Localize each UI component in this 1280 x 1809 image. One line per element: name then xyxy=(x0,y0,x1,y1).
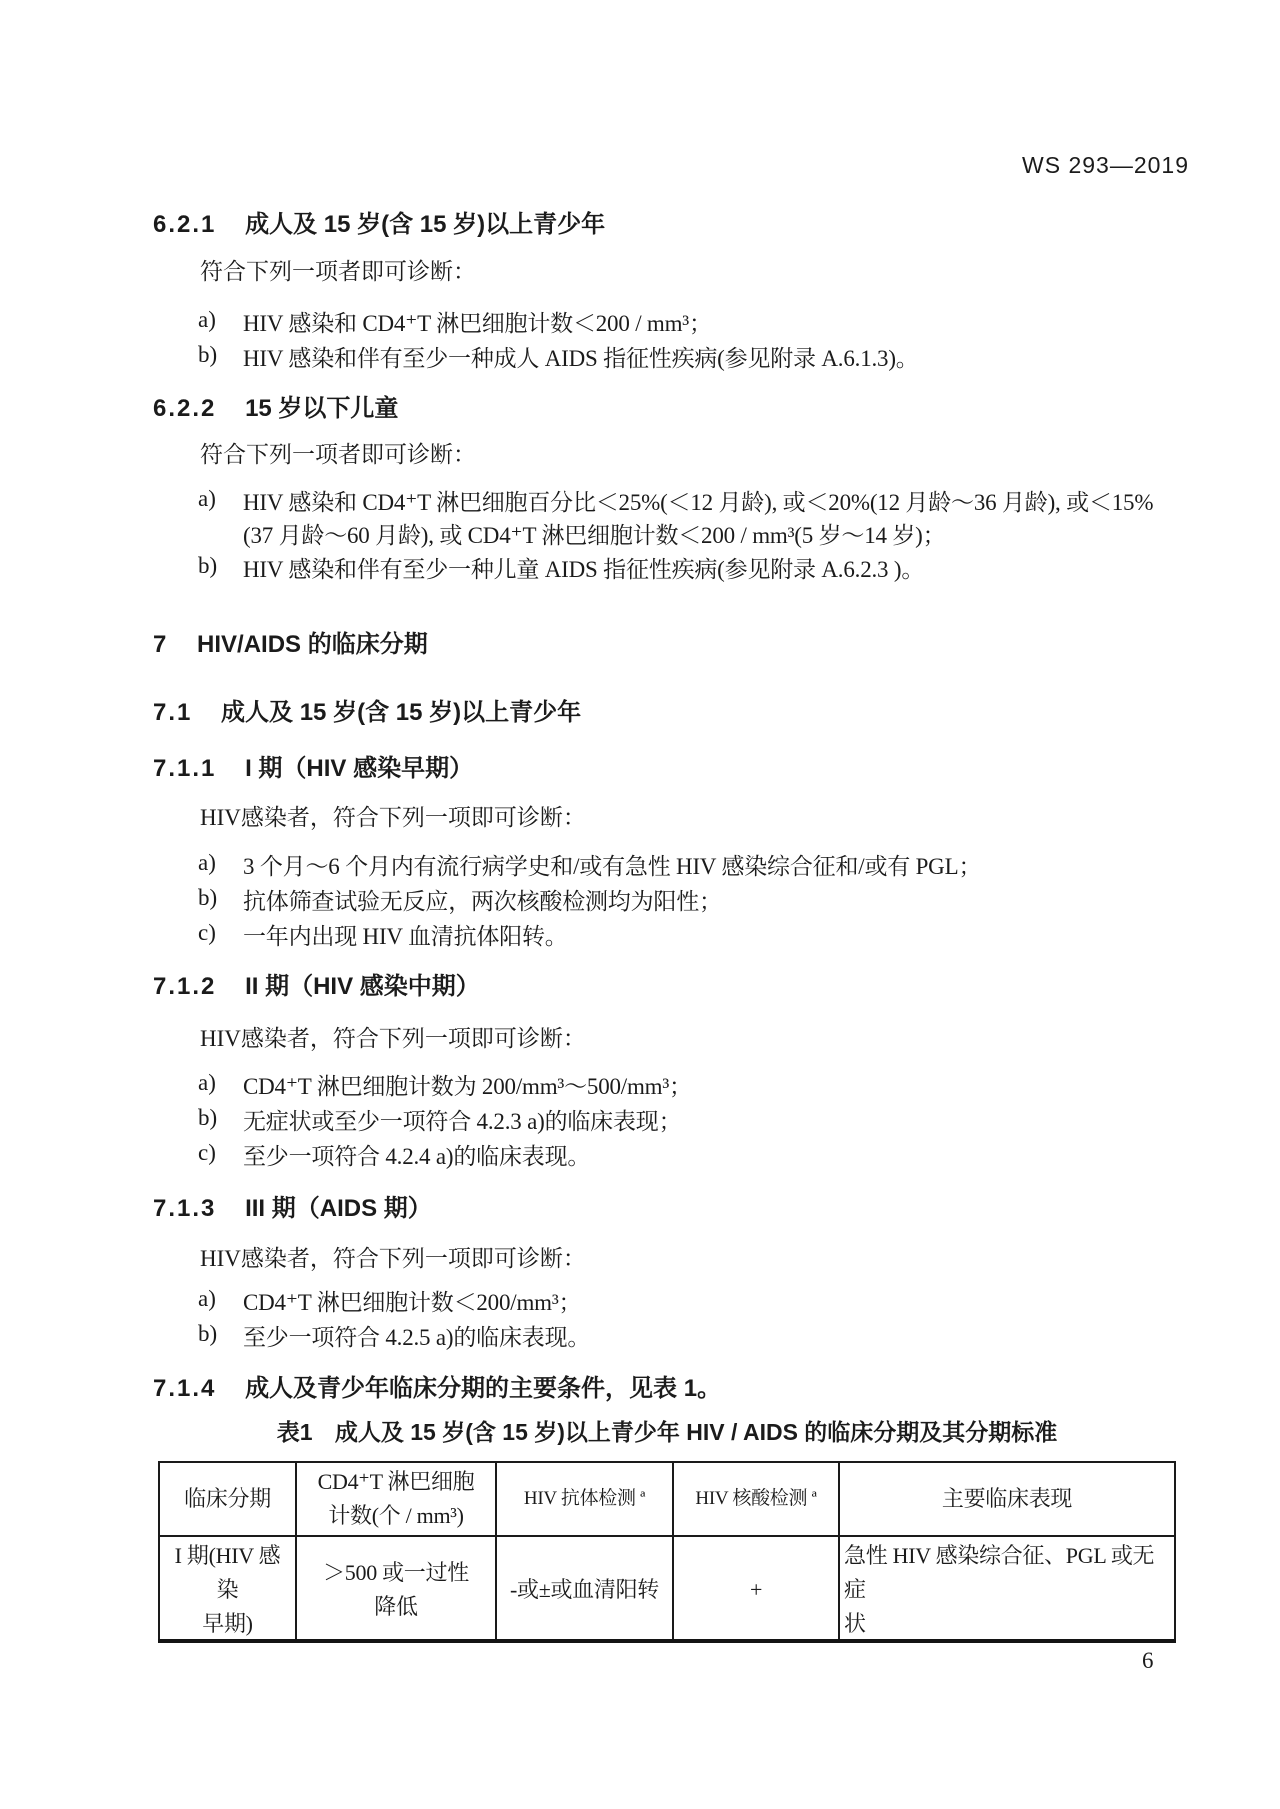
heading-7-1-2: 7.1.2 II 期（HIV 感染中期） xyxy=(153,966,480,1001)
paragraph-intro: 符合下列一项者即可诊断： xyxy=(200,436,476,469)
list-item: b) 至少一项符合 4.2.5 a)的临床表现。 xyxy=(198,1321,1183,1354)
section-number: 7.1.2 xyxy=(153,973,216,1000)
section-title: 成人及青少年临床分期的主要条件，见表 1。 xyxy=(245,1375,721,1402)
list-item-label: a) xyxy=(198,1070,243,1103)
section-number: 7.1.3 xyxy=(153,1195,216,1222)
list-item-label: b) xyxy=(198,1321,243,1354)
list-item: a) CD4⁺T 淋巴细胞计数为 200/mm³～500/mm³； xyxy=(198,1070,1183,1103)
section-number: 7.1.1 xyxy=(153,755,216,782)
page-number: 6 xyxy=(1142,1648,1154,1674)
list-item-label: a) xyxy=(198,850,243,883)
list-item-text: 无症状或至少一项符合 4.2.3 a)的临床表现； xyxy=(243,1105,1183,1138)
section-number: 7.1 xyxy=(153,699,192,726)
section-number: 6.2.2 xyxy=(153,395,216,422)
paragraph-intro: HIV感染者，符合下列一项即可诊断： xyxy=(200,1240,586,1273)
list-item-text: 至少一项符合 4.2.5 a)的临床表现。 xyxy=(243,1321,1183,1354)
cell-nucleic: + xyxy=(673,1536,839,1643)
cell-manifestation: 急性 HIV 感染综合征、PGL 或无症 状 xyxy=(839,1536,1175,1643)
col-header-hiv-nucleic-acid: HIV 核酸检测 ª xyxy=(673,1462,839,1536)
table-caption: 表1 成人及 15 岁(含 15 岁)以上青少年 HIV / AIDS 的临床分… xyxy=(158,1414,1176,1447)
section-title: 成人及 15 岁(含 15 岁)以上青少年 xyxy=(245,211,605,238)
list-item-text: 至少一项符合 4.2.4 a)的临床表现。 xyxy=(243,1140,1183,1173)
list-item: c) 一年内出现 HIV 血清抗体阳转。 xyxy=(198,920,1183,953)
cell-cd4: ＞500 或一过性 降低 xyxy=(296,1536,496,1643)
list-item-text: 3 个月～6 个月内有流行病学史和/或有急性 HIV 感染综合征和/或有 PGL… xyxy=(243,850,1183,883)
list-item-label: a) xyxy=(198,307,243,340)
list-item-text: 抗体筛查试验无反应，两次核酸检测均为阳性； xyxy=(243,885,1183,918)
col-header-clinical-stage: 临床分期 xyxy=(159,1462,296,1536)
list-item: b) 抗体筛查试验无反应，两次核酸检测均为阳性； xyxy=(198,885,1183,918)
table-header-row: 临床分期 CD4⁺T 淋巴细胞 计数(个 / mm³) HIV 抗体检测 ª H… xyxy=(159,1462,1175,1536)
heading-7-1-1: 7.1.1 I 期（HIV 感染早期） xyxy=(153,748,473,783)
section-title: HIV/AIDS 的临床分期 xyxy=(197,631,428,658)
list-item: b) 无症状或至少一项符合 4.2.3 a)的临床表现； xyxy=(198,1105,1183,1138)
section-number: 7.1.4 xyxy=(153,1375,216,1402)
list-item-label: a) xyxy=(198,486,243,552)
section-number: 7 xyxy=(153,631,168,658)
heading-7-1-3: 7.1.3 III 期（AIDS 期） xyxy=(153,1188,432,1223)
list-item-text: HIV 感染和伴有至少一种儿童 AIDS 指征性疾病(参见附录 A.6.2.3 … xyxy=(243,553,1183,586)
list-item-label: b) xyxy=(198,1105,243,1138)
section-title: III 期（AIDS 期） xyxy=(245,1195,432,1222)
document-page: WS 293—2019 6.2.1 成人及 15 岁(含 15 岁)以上青少年 … xyxy=(0,0,1280,1809)
col-header-main-manifestation: 主要临床表现 xyxy=(839,1462,1175,1536)
standard-code: WS 293—2019 xyxy=(1022,152,1189,179)
list-item-label: b) xyxy=(198,342,243,375)
list-item: a) HIV 感染和 CD4⁺T 淋巴细胞计数＜200 / mm³； xyxy=(198,307,1183,340)
section-number: 6.2.1 xyxy=(153,211,216,238)
list-item-label: c) xyxy=(198,920,243,953)
col-header-hiv-antibody: HIV 抗体检测 ª xyxy=(496,1462,673,1536)
cell-stage: I 期(HIV 感染 早期) xyxy=(159,1536,296,1643)
paragraph-intro: HIV感染者，符合下列一项即可诊断： xyxy=(200,1020,586,1053)
list-item: c) 至少一项符合 4.2.4 a)的临床表现。 xyxy=(198,1140,1183,1173)
list-item-label: b) xyxy=(198,885,243,918)
list-item-label: a) xyxy=(198,1286,243,1319)
section-title: I 期（HIV 感染早期） xyxy=(245,755,473,782)
list-item: b) HIV 感染和伴有至少一种儿童 AIDS 指征性疾病(参见附录 A.6.2… xyxy=(198,553,1183,586)
list-item: a) HIV 感染和 CD4⁺T 淋巴细胞百分比＜25%(＜12 月龄), 或＜… xyxy=(198,486,1183,552)
heading-7-1: 7.1 成人及 15 岁(含 15 岁)以上青少年 xyxy=(153,692,581,727)
list-item-label: b) xyxy=(198,553,243,586)
list-item: a) CD4⁺T 淋巴细胞计数＜200/mm³； xyxy=(198,1286,1183,1319)
cell-antibody: -或±或血清阳转 xyxy=(496,1536,673,1643)
list-item-label: c) xyxy=(198,1140,243,1173)
list-item-text: 一年内出现 HIV 血清抗体阳转。 xyxy=(243,920,1183,953)
list-item-text: CD4⁺T 淋巴细胞计数为 200/mm³～500/mm³； xyxy=(243,1070,1183,1103)
table-caption-text: 成人及 15 岁(含 15 岁)以上青少年 HIV / AIDS 的临床分期及其… xyxy=(335,1419,1057,1445)
paragraph-intro: 符合下列一项者即可诊断： xyxy=(200,253,476,286)
table-caption-label: 表1 xyxy=(277,1419,313,1445)
table-row: I 期(HIV 感染 早期) ＞500 或一过性 降低 -或±或血清阳转 + 急… xyxy=(159,1536,1175,1643)
section-title: 成人及 15 岁(含 15 岁)以上青少年 xyxy=(221,699,581,726)
section-title: 15 岁以下儿童 xyxy=(245,395,398,422)
clinical-staging-table: 临床分期 CD4⁺T 淋巴细胞 计数(个 / mm³) HIV 抗体检测 ª H… xyxy=(158,1461,1176,1643)
heading-6-2-2: 6.2.2 15 岁以下儿童 xyxy=(153,388,398,423)
list-item-text: HIV 感染和伴有至少一种成人 AIDS 指征性疾病(参见附录 A.6.1.3)… xyxy=(243,342,1183,375)
list-item: b) HIV 感染和伴有至少一种成人 AIDS 指征性疾病(参见附录 A.6.1… xyxy=(198,342,1183,375)
col-header-cd4-count: CD4⁺T 淋巴细胞 计数(个 / mm³) xyxy=(296,1462,496,1536)
heading-7: 7 HIV/AIDS 的临床分期 xyxy=(153,624,428,659)
heading-7-1-4: 7.1.4 成人及青少年临床分期的主要条件，见表 1。 xyxy=(153,1368,721,1403)
heading-6-2-1: 6.2.1 成人及 15 岁(含 15 岁)以上青少年 xyxy=(153,204,605,239)
list-item: a) 3 个月～6 个月内有流行病学史和/或有急性 HIV 感染综合征和/或有 … xyxy=(198,850,1183,883)
list-item-text: CD4⁺T 淋巴细胞计数＜200/mm³； xyxy=(243,1286,1183,1319)
list-item-text: HIV 感染和 CD4⁺T 淋巴细胞百分比＜25%(＜12 月龄), 或＜20%… xyxy=(243,486,1183,552)
table-1: 临床分期 CD4⁺T 淋巴细胞 计数(个 / mm³) HIV 抗体检测 ª H… xyxy=(158,1461,1176,1643)
paragraph-intro: HIV感染者，符合下列一项即可诊断： xyxy=(200,799,586,832)
list-item-text: HIV 感染和 CD4⁺T 淋巴细胞计数＜200 / mm³； xyxy=(243,307,1183,340)
section-title: II 期（HIV 感染中期） xyxy=(245,973,480,1000)
